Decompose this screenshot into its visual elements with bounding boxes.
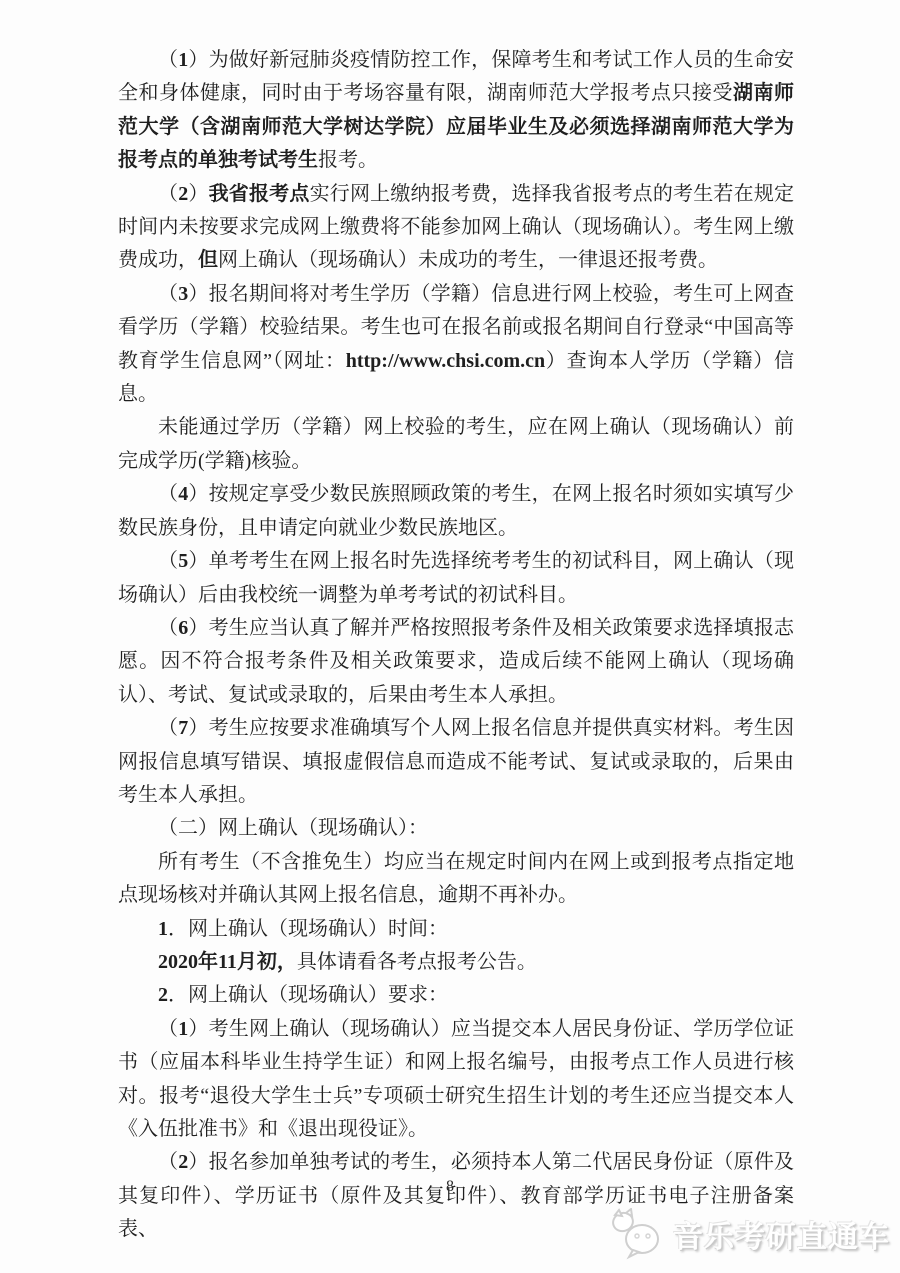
text-run: 报考。 [318, 149, 378, 171]
text-run-bold: http://www.chsi.com.cn [346, 350, 545, 372]
text-run: ）单考考生在网上报名时先选择统考考生的初试科目，网上确认（现场确认）后由我校统一… [118, 550, 794, 605]
page-number: 8 [0, 1178, 900, 1196]
text-run: 所有考生（不含推免生）均应当在规定时间内在网上或到报考点指定地点现场核对并确认其… [118, 851, 794, 906]
paragraph: （2）我省报考点实行网上缴纳报考费，选择我省报考点的考生若在规定时间内未按要求完… [118, 178, 794, 278]
text-run: （ [158, 1018, 178, 1040]
paragraph: 1．网上确认（现场确认）时间： [118, 913, 794, 946]
text-run-bold: 6 [178, 617, 188, 639]
text-run: 网上确认（现场确认）未成功的考生，一律退还报考费。 [218, 249, 718, 271]
text-run-bold: 1 [178, 1018, 188, 1040]
text-run: ）按规定享受少数民族照顾政策的考生，在网上报名时须如实填写少数民族身份，且申请定… [118, 483, 794, 538]
paragraph: （3）报名期间将对考生学历（学籍）信息进行网上校验，考生可上网查看学历（学籍）校… [118, 278, 794, 412]
paragraph: （1）为做好新冠肺炎疫情防控工作，保障考生和考试工作人员的生命安全和身体健康，同… [118, 44, 794, 178]
text-run-bold: 5 [178, 550, 188, 572]
text-run: （ [158, 183, 178, 205]
text-run: （ [158, 550, 178, 572]
paragraph: （二）网上确认（现场确认）： [118, 812, 794, 845]
text-run-bold: 但 [198, 249, 218, 271]
text-run-bold: 3 [178, 283, 188, 305]
text-run: ）考生应按要求准确填写个人网上报名信息并提供真实材料。考生因网报信息填写错误、填… [118, 717, 794, 806]
text-run: （ [158, 483, 178, 505]
text-run: 具体请看各考点报考公告。 [297, 951, 537, 973]
watermark-label: 音乐考研直通车 [673, 1212, 890, 1256]
paragraph: 2．网上确认（现场确认）要求： [118, 979, 794, 1012]
mascot-icon [609, 1208, 665, 1260]
text-run-bold: 2020年11月初， [158, 951, 297, 973]
text-run: ）为做好新冠肺炎疫情防控工作，保障考生和考试工作人员的生命安全和身体健康，同时由… [118, 49, 794, 104]
text-run: 未能通过学历（学籍）网上校验的考生，应在网上确认（现场确认）前完成学历(学籍)核… [118, 416, 794, 471]
document-body: （1）为做好新冠肺炎疫情防控工作，保障考生和考试工作人员的生命安全和身体健康，同… [118, 44, 794, 1247]
text-run: （ [158, 283, 178, 305]
text-run: （ [158, 617, 178, 639]
text-run-bold: 1 [158, 918, 168, 940]
text-run-bold: 2 [178, 183, 188, 205]
text-run-bold: 7 [178, 717, 188, 739]
text-run-bold: 2 [158, 984, 168, 1006]
text-run: （ [158, 49, 178, 71]
document-page: （1）为做好新冠肺炎疫情防控工作，保障考生和考试工作人员的生命安全和身体健康，同… [0, 0, 900, 1273]
paragraph: （5）单考考生在网上报名时先选择统考考生的初试科目，网上确认（现场确认）后由我校… [118, 545, 794, 612]
paragraph: （1）考生网上确认（现场确认）应当提交本人居民身份证、学历学位证书（应届本科毕业… [118, 1013, 794, 1147]
paragraph: （7）考生应按要求准确填写个人网上报名信息并提供真实材料。考生因网报信息填写错误… [118, 712, 794, 812]
text-run: ）考生网上确认（现场确认）应当提交本人居民身份证、学历学位证书（应届本科毕业生持… [118, 1018, 794, 1140]
text-run: ） [188, 183, 208, 205]
text-run-bold: 1 [178, 49, 188, 71]
text-run: ）考生应当认真了解并严格按照报考条件及相关政策要求选择填报志愿。因不符合报考条件… [118, 617, 794, 706]
paragraph: （6）考生应当认真了解并严格按照报考条件及相关政策要求选择填报志愿。因不符合报考… [118, 612, 794, 712]
watermark: 音乐考研直通车 [609, 1208, 890, 1260]
text-run: （ [158, 1151, 178, 1173]
text-run: （二）网上确认（现场确认）： [158, 817, 428, 839]
text-run: （ [158, 717, 178, 739]
paragraph: 未能通过学历（学籍）网上校验的考生，应在网上确认（现场确认）前完成学历(学籍)核… [118, 411, 794, 478]
text-run: ．网上确认（现场确认）要求： [168, 984, 448, 1006]
paragraph: 所有考生（不含推免生）均应当在规定时间内在网上或到报考点指定地点现场核对并确认其… [118, 846, 794, 913]
text-run-bold: 4 [178, 483, 188, 505]
paragraph: （4）按规定享受少数民族照顾政策的考生，在网上报名时须如实填写少数民族身份，且申… [118, 478, 794, 545]
paragraph: 2020年11月初，具体请看各考点报考公告。 [118, 946, 794, 979]
text-run-bold: 我省报考点 [209, 183, 310, 205]
text-run-bold: 2 [178, 1151, 188, 1173]
text-run: ．网上确认（现场确认）时间： [168, 918, 448, 940]
